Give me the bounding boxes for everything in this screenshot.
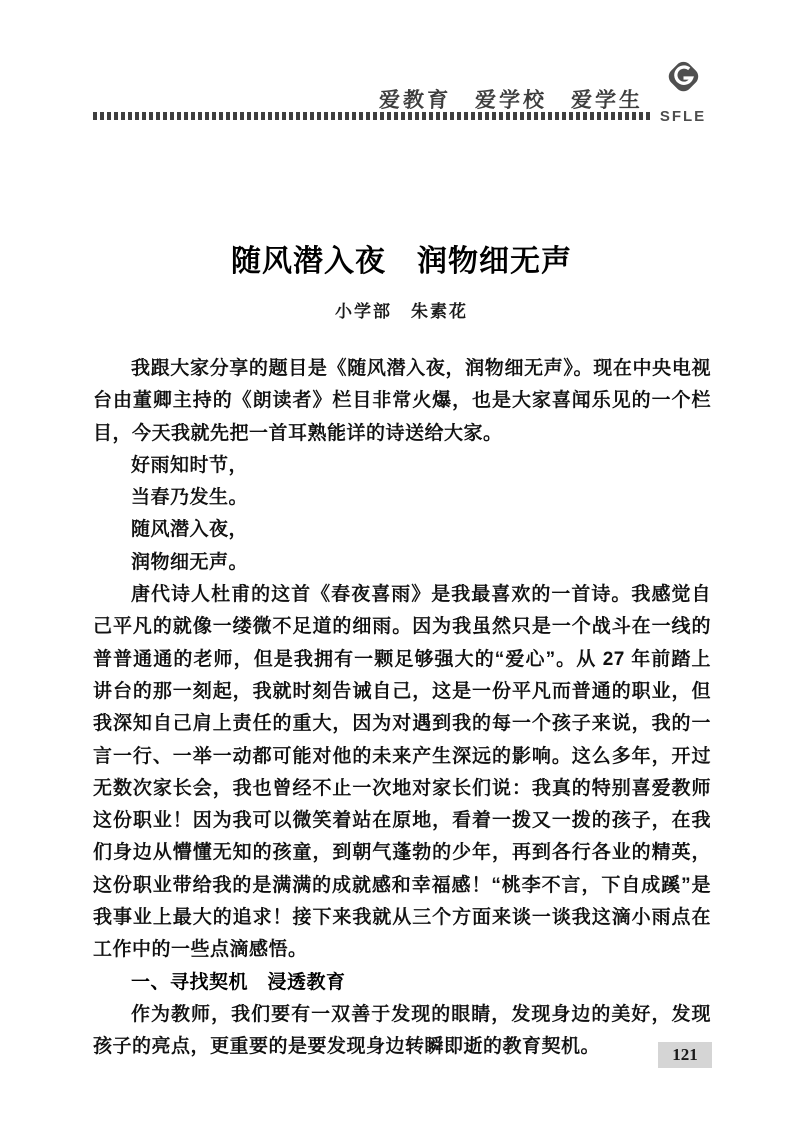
- dashed-rule: [93, 112, 653, 120]
- article-title: 随风潜入夜 润物细无声: [0, 236, 803, 280]
- article-body: 我跟大家分享的题目是《随风潜入夜，润物细无声》。现在中央电视台由董卿主持的《朗读…: [93, 353, 711, 1064]
- sfle-logo: SFLE: [652, 54, 714, 125]
- paragraph-main: 唐代诗人杜甫的这首《春夜喜雨》是我最喜欢的一首诗。我感觉自己平凡的就像一缕微不足…: [93, 579, 711, 967]
- document-page: 爱教育 爱学校 爱学生 SFLE 随风潜入夜 润物细无声 小学部 朱素花 我跟大…: [0, 0, 803, 1134]
- poem-line: 好雨知时节，: [93, 450, 711, 482]
- poem-line: 润物细无声。: [93, 547, 711, 579]
- article-byline: 小学部 朱素花: [0, 297, 803, 322]
- paragraph-intro: 我跟大家分享的题目是《随风潜入夜，润物细无声》。现在中央电视台由董卿主持的《朗读…: [93, 353, 711, 450]
- poem-line: 当春乃发生。: [93, 482, 711, 514]
- paragraph-closing: 作为教师，我们要有一双善于发现的眼睛，发现身边的美好，发现孩子的亮点，更重要的是…: [93, 999, 711, 1064]
- poem-line: 随风潜入夜，: [93, 514, 711, 546]
- page-number: 121: [658, 1042, 712, 1068]
- section-heading: 一、寻找契机 浸透教育: [93, 967, 711, 999]
- header-slogan: 爱教育 爱学校 爱学生: [378, 84, 643, 114]
- poem-block: 好雨知时节， 当春乃发生。 随风潜入夜， 润物细无声。: [93, 450, 711, 579]
- sfle-logo-text: SFLE: [652, 108, 714, 125]
- sfle-logo-icon: [660, 89, 706, 106]
